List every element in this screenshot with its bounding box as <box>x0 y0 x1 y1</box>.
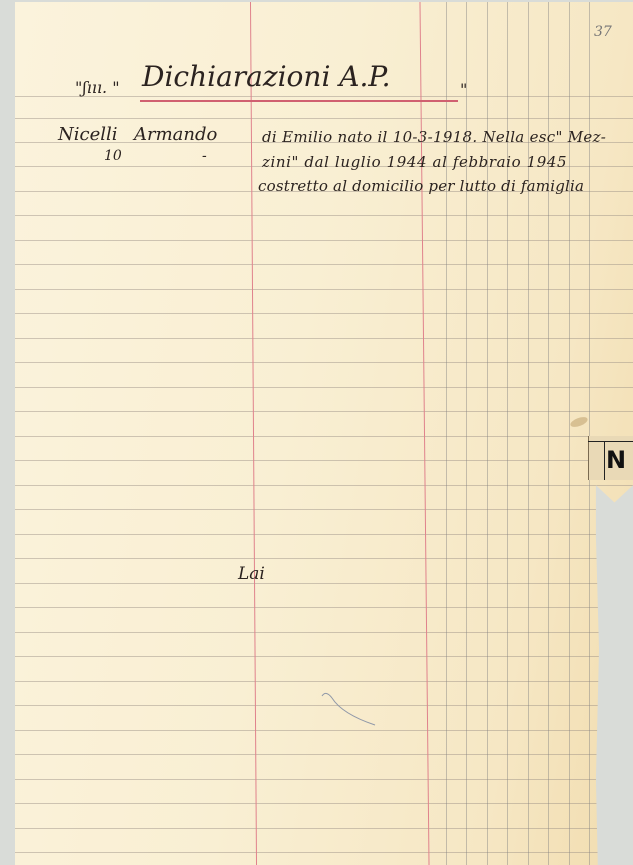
title-prefix: "ʃııı. " <box>75 78 120 97</box>
ruling-line <box>15 362 633 363</box>
ruling-line <box>15 803 633 804</box>
ruling-line <box>15 754 633 755</box>
entry-surname: Nicelli <box>58 124 118 145</box>
ruling-line <box>15 779 633 780</box>
ruling-line <box>15 264 633 265</box>
ruling-line <box>15 632 633 633</box>
ruling-line <box>15 118 633 119</box>
index-tab-letter: N <box>606 446 626 474</box>
ruling-line <box>15 534 633 535</box>
ruling-line <box>15 387 633 388</box>
entry-number: 10 <box>104 148 122 164</box>
ruling-line <box>15 338 633 339</box>
ruling-line <box>15 460 633 461</box>
ruling-line <box>15 607 633 608</box>
ruling-line <box>15 558 633 559</box>
ruling-line <box>15 289 633 290</box>
ruling-line <box>15 828 633 829</box>
ruling-line <box>15 411 633 412</box>
ruling-line <box>15 656 633 657</box>
margin-note: Lai <box>238 564 265 584</box>
entry-description-line: costretto al domicilio per lutto di fami… <box>258 177 584 195</box>
entry-dash: - <box>202 148 207 164</box>
ruling-line <box>15 583 633 584</box>
red-margin-line <box>250 2 257 865</box>
pencil-stroke <box>320 690 380 730</box>
entry-description-line: zini" dal luglio 1944 al febbraio 1945 <box>262 153 567 171</box>
entry-description-line: di Emilio nato il 10-3-1918. Nella esc" … <box>262 128 606 146</box>
tab-border <box>588 441 633 442</box>
title-suffix: " <box>460 80 467 99</box>
ruling-line <box>15 313 633 314</box>
title-underline <box>140 100 458 102</box>
tab-border <box>604 441 605 480</box>
ruling-line <box>15 730 633 731</box>
ruling-line <box>15 485 633 486</box>
ruling-line <box>15 240 633 241</box>
entry-first-name: Armando <box>134 124 217 145</box>
ruling-line <box>15 215 633 216</box>
ruling-line <box>15 509 633 510</box>
page-number: 37 <box>594 24 612 40</box>
ruling-line <box>15 681 633 682</box>
ruling-line <box>15 852 633 853</box>
page-title: Dichiarazioni A.P. <box>142 60 391 93</box>
ruling-line <box>15 436 633 437</box>
